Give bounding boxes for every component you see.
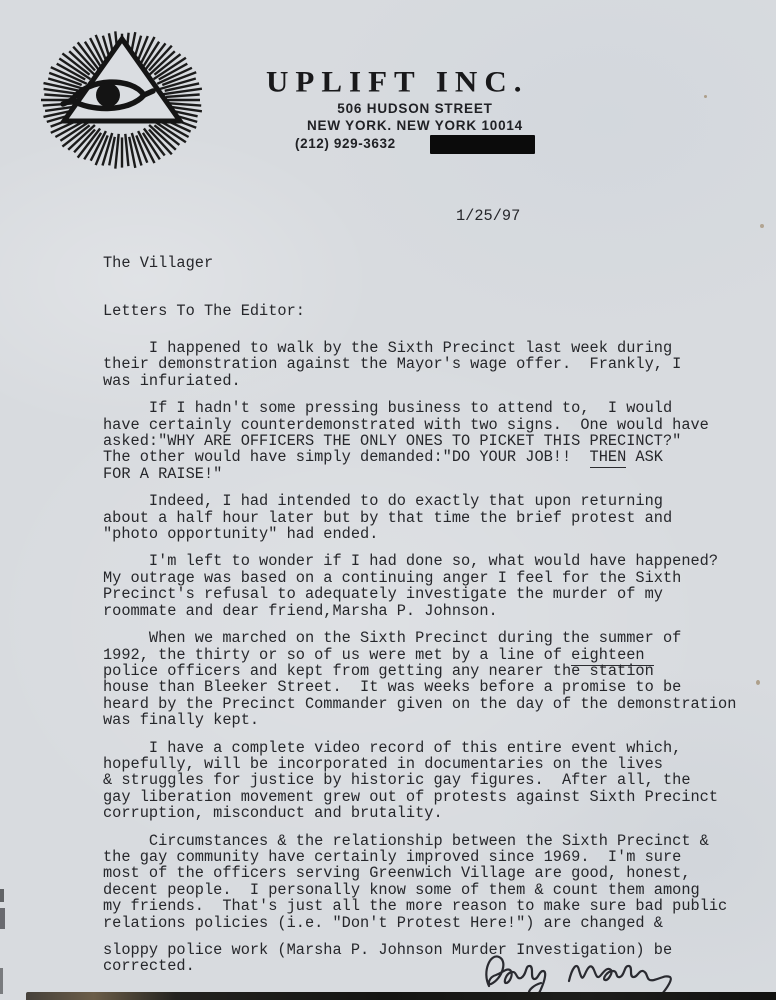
address-street: 506 HUDSON STREET [280, 101, 550, 116]
text-line: FOR A RAISE!" [103, 466, 763, 482]
text-line: corruption, misconduct and brutality. [103, 805, 763, 821]
text-line: heard by the Precinct Commander given on… [103, 696, 763, 712]
text-line: Circumstances & the relationship between… [103, 833, 763, 849]
scan-edge-mark [0, 908, 5, 929]
salutation: Letters To The Editor: [103, 303, 305, 319]
text-line: most of the officers serving Greenwich V… [103, 865, 763, 881]
text-line: My outrage was based on a continuing ang… [103, 570, 763, 586]
paper-speck [760, 224, 764, 228]
letter-body: I happened to walk by the Sixth Precinct… [103, 340, 763, 986]
text-line: was infuriated. [103, 373, 763, 389]
text-line: I have a complete video record of this e… [103, 740, 763, 756]
recipient: The Villager [103, 255, 213, 271]
text-line: relations policies (i.e. "Don't Protest … [103, 915, 763, 931]
text-line: I'm left to wonder if I had done so, wha… [103, 553, 763, 569]
text-line: decent people. I personally know some of… [103, 882, 763, 898]
text-line: I happened to walk by the Sixth Precinct… [103, 340, 763, 356]
text-line: was finally kept. [103, 712, 763, 728]
text-line: Indeed, I had intended to do exactly tha… [103, 493, 763, 509]
letter-page: UPLIFT INC. 506 HUDSON STREET NEW YORK. … [0, 0, 776, 1000]
paragraph: Indeed, I had intended to do exactly tha… [103, 493, 763, 542]
text-line: Precinct's refusal to adequately investi… [103, 586, 763, 602]
paragraph: I have a complete video record of this e… [103, 740, 763, 822]
text-line: police officers and kept from getting an… [103, 663, 763, 679]
text-line: my friends. That's just all the more rea… [103, 898, 763, 914]
text-line: roommate and dear friend,Marsha P. Johns… [103, 603, 763, 619]
paragraph: Circumstances & the relationship between… [103, 833, 763, 931]
text-line: hopefully, will be incorporated in docum… [103, 756, 763, 772]
text-line: When we marched on the Sixth Precinct du… [103, 630, 763, 646]
text-line: "photo opportunity" had ended. [103, 526, 763, 542]
text-line: the gay community have certainly improve… [103, 849, 763, 865]
redaction-bar [430, 135, 535, 154]
text-line: & struggles for justice by historic gay … [103, 772, 763, 788]
address-city: NEW YORK. NEW YORK 10014 [280, 118, 550, 133]
scan-edge-mark [0, 889, 4, 902]
paragraph: If I hadn't some pressing business to at… [103, 400, 763, 482]
text-line: asked:"WHY ARE OFFICERS THE ONLY ONES TO… [103, 433, 763, 449]
text-line: If I hadn't some pressing business to at… [103, 400, 763, 416]
text-line: house than Bleeker Street. It was weeks … [103, 679, 763, 695]
paper-speck [704, 95, 707, 98]
eye-pyramid-logo-icon [38, 30, 206, 172]
letter-date: 1/25/97 [456, 208, 520, 224]
scan-edge-bottom [26, 992, 776, 1000]
phone-number: (212) 929-3632 [295, 136, 396, 151]
paper-speck [756, 680, 760, 685]
text-line: their demonstration against the Mayor's … [103, 356, 763, 372]
text-line: The other would have simply demanded:"DO… [103, 449, 763, 465]
company-name: UPLIFT INC. [266, 65, 528, 100]
paragraph: I happened to walk by the Sixth Precinct… [103, 340, 763, 389]
paragraph: When we marched on the Sixth Precinct du… [103, 630, 763, 728]
text-line: 1992, the thirty or so of us were met by… [103, 647, 763, 663]
text-line: gay liberation movement grew out of prot… [103, 789, 763, 805]
text-line: have certainly counterdemonstrated with … [103, 417, 763, 433]
paragraph: I'm left to wonder if I had done so, wha… [103, 553, 763, 619]
scan-edge-mark [0, 968, 3, 994]
text-line: about a half hour later but by that time… [103, 510, 763, 526]
